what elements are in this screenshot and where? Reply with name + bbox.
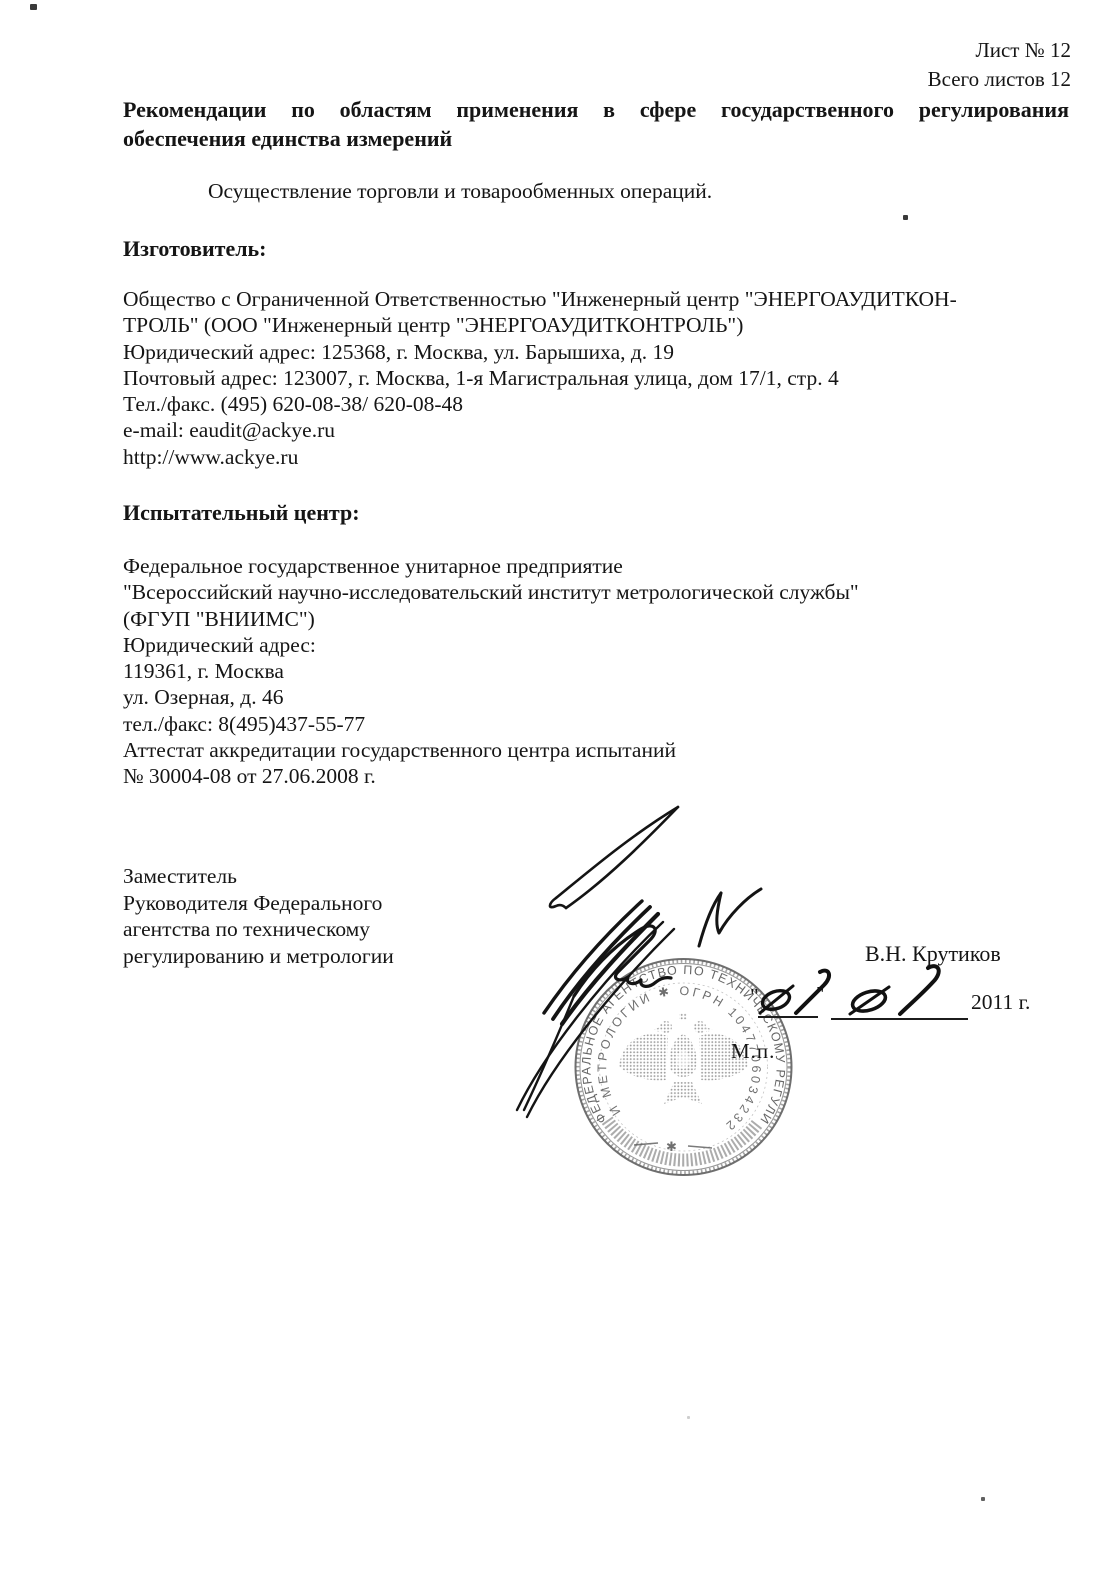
sheet-number: Лист № 12 xyxy=(928,36,1071,65)
test-center-block: Федеральное государственное унитарное пр… xyxy=(123,553,859,790)
signer-title-line: Заместитель xyxy=(123,863,394,890)
test-center-line: Федеральное государственное унитарное пр… xyxy=(123,553,859,579)
eagle-emblem xyxy=(619,1013,748,1104)
test-center-line: "Всероссийский научно-исследовательский … xyxy=(123,579,859,605)
date-year: 2011 г. xyxy=(971,990,1030,1015)
date-day-line xyxy=(758,1016,818,1018)
document-heading: Рекомендации по областям применения в сф… xyxy=(123,95,1069,153)
date-close-quote: " xyxy=(816,982,825,1007)
official-stamp: ФЕДЕРАЛЬНОЕ АГЕНТСТВО ПО ТЕХНИЧЕСКОМУ РЕ… xyxy=(540,930,840,1210)
scan-speck xyxy=(903,215,908,220)
date-month-line xyxy=(831,1018,968,1020)
test-center-line: (ФГУП "ВНИИМС") xyxy=(123,606,859,632)
manufacturer-line: e-mail: eaudit@ackye.ru xyxy=(123,417,957,443)
test-center-section-title: Испытательный центр: xyxy=(123,500,360,526)
sheet-info: Лист № 12 Всего листов 12 xyxy=(928,36,1071,94)
scan-speck xyxy=(981,1497,985,1501)
manufacturer-line: Юридический адрес: 125368, г. Москва, ул… xyxy=(123,339,957,365)
test-center-line: Аттестат аккредитации государственного ц… xyxy=(123,737,859,763)
manufacturer-block: Общество с Ограниченной Ответственностью… xyxy=(123,286,957,470)
manufacturer-line: Почтовый адрес: 123007, г. Москва, 1-я М… xyxy=(123,365,957,391)
signer-name: В.Н. Крутиков xyxy=(865,941,1001,967)
signer-title-line: Руководителя Федерального xyxy=(123,890,394,917)
scanned-document-page: Лист № 12 Всего листов 12 Рекомендации п… xyxy=(0,0,1098,1572)
test-center-line: ул. Озерная, д. 46 xyxy=(123,684,859,710)
scan-speck xyxy=(30,4,37,10)
manufacturer-line: ТРОЛЬ" (ООО "Инженерный центр "ЭНЕРГОАУД… xyxy=(123,312,957,338)
seal-placeholder: М.п. xyxy=(731,1039,775,1064)
manufacturer-line: Тел./факс. (495) 620-08-38/ 620-08-48 xyxy=(123,391,957,417)
test-center-line: тел./факс: 8(495)437-55-77 xyxy=(123,711,859,737)
manufacturer-section-title: Изготовитель: xyxy=(123,236,267,262)
scan-speck xyxy=(687,1416,690,1419)
signer-title-line: регулированию и метрологии xyxy=(123,943,394,970)
application-scope: Осуществление торговли и товарообменных … xyxy=(208,179,712,204)
signer-title: Заместитель Руководителя Федерального аг… xyxy=(123,863,394,969)
test-center-line: 119361, г. Москва xyxy=(123,658,859,684)
date-open-quote: " xyxy=(750,984,759,1009)
svg-text:✱: ✱ xyxy=(666,1139,677,1154)
signer-title-line: агентства по техническому xyxy=(123,916,394,943)
total-sheets: Всего листов 12 xyxy=(928,65,1071,94)
manufacturer-line: http://www.ackye.ru xyxy=(123,444,957,470)
test-center-line: № 30004-08 от 27.06.2008 г. xyxy=(123,763,859,789)
test-center-line: Юридический адрес: xyxy=(123,632,859,658)
document-heading-line2: обеспечения единства измерений xyxy=(123,124,1069,153)
document-heading-line1: Рекомендации по областям применения в сф… xyxy=(123,95,1069,124)
manufacturer-line: Общество с Ограниченной Ответственностью… xyxy=(123,286,957,312)
